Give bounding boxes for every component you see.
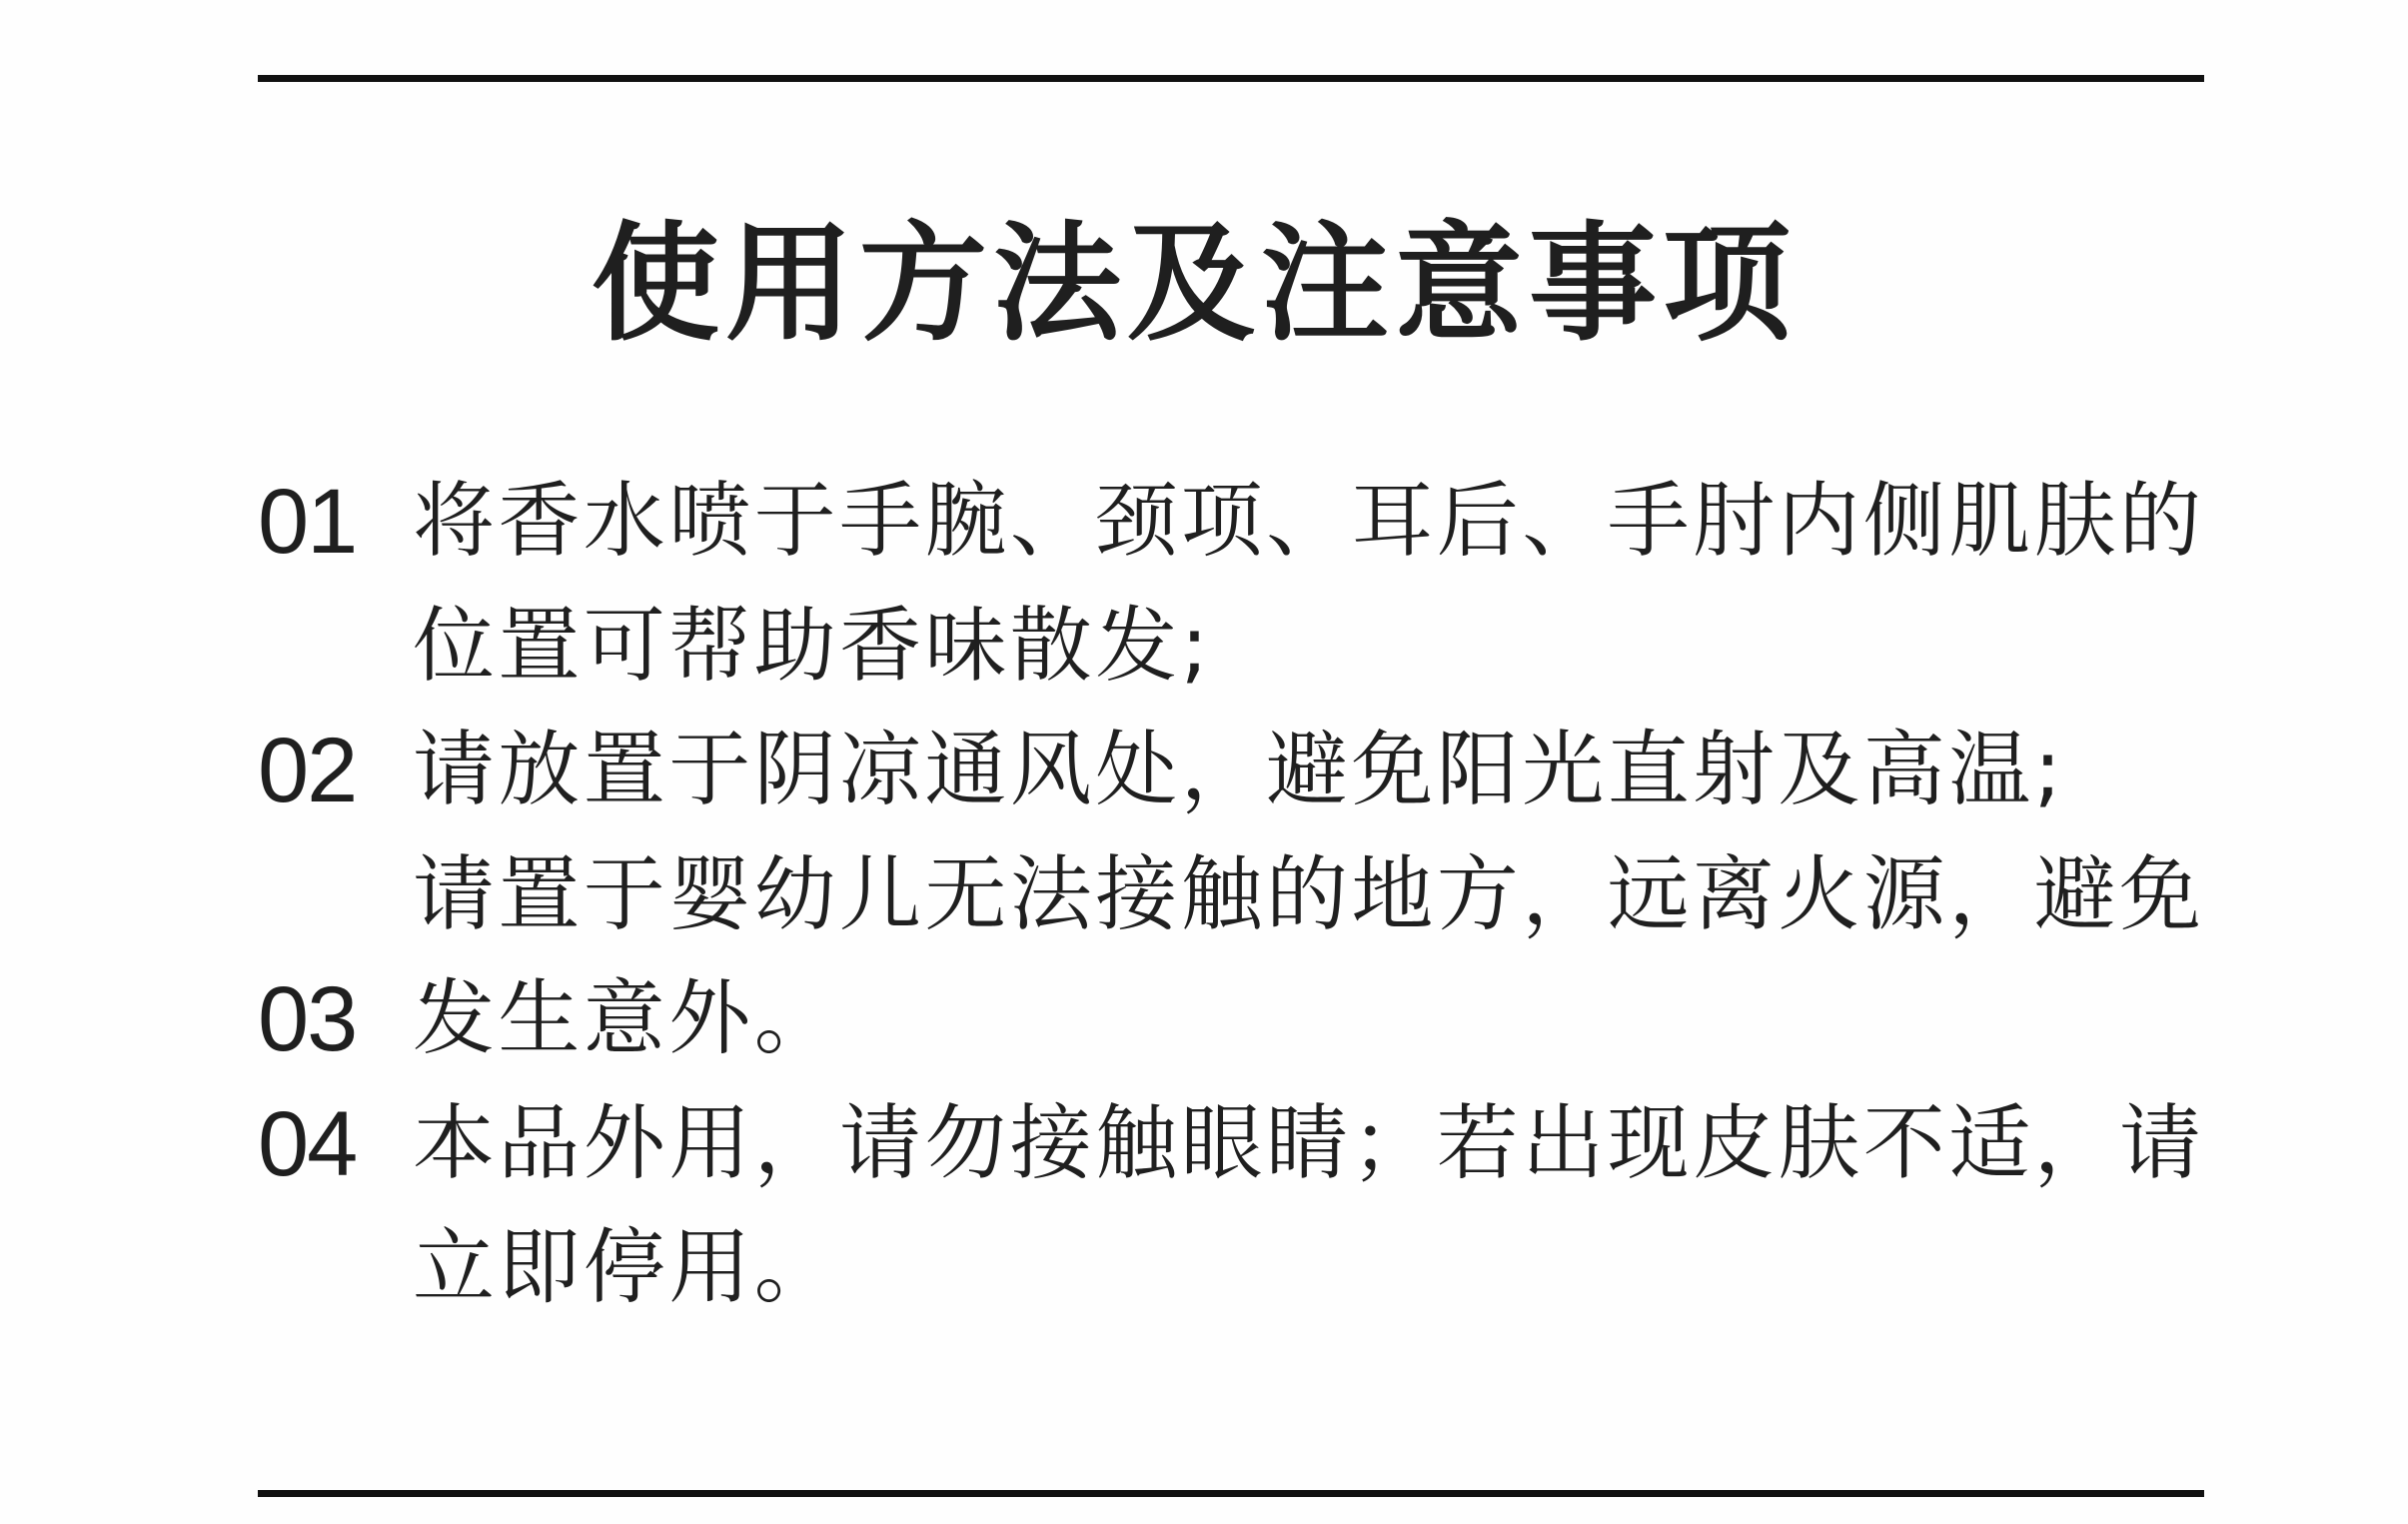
item-text: 请放置于阴凉通风处，避免阳光直射及高温;: [413, 709, 2065, 833]
list-item: 01 将香水喷于手腕、颈项、耳后、手肘内侧肌肤的: [258, 460, 2216, 585]
item-text: 请置于婴幼儿无法接触的地方，远离火源，避免: [413, 833, 2204, 958]
instructions-list: 01 将香水喷于手腕、颈项、耳后、手肘内侧肌肤的 位置可帮助香味散发; 02 请…: [258, 460, 2216, 1331]
item-text: 立即停用。: [413, 1206, 839, 1331]
item-number: 03: [258, 957, 408, 1082]
item-number: 01: [258, 460, 408, 585]
top-divider: [258, 75, 2204, 82]
list-item: 02 请放置于阴凉通风处，避免阳光直射及高温;: [258, 709, 2216, 833]
item-number: 04: [258, 1082, 408, 1207]
list-item: 位置可帮助香味散发;: [258, 585, 2216, 710]
list-item: 03 发生意外。: [258, 957, 2216, 1082]
item-text: 本品外用，请勿接触眼睛；若出现皮肤不适，请: [413, 1082, 2204, 1207]
bottom-divider: [258, 1490, 2204, 1497]
page-title: 使用方法及注意事项: [0, 205, 2398, 365]
list-item: 04 本品外用，请勿接触眼睛；若出现皮肤不适，请: [258, 1082, 2216, 1207]
list-item: 立即停用。: [258, 1206, 2216, 1331]
item-text: 位置可帮助香味散发;: [413, 585, 1212, 710]
list-item: 请置于婴幼儿无法接触的地方，远离火源，避免: [258, 833, 2216, 958]
item-text: 发生意外。: [413, 957, 839, 1082]
item-text: 将香水喷于手腕、颈项、耳后、手肘内侧肌肤的: [413, 460, 2204, 585]
item-number: 02: [258, 709, 408, 833]
